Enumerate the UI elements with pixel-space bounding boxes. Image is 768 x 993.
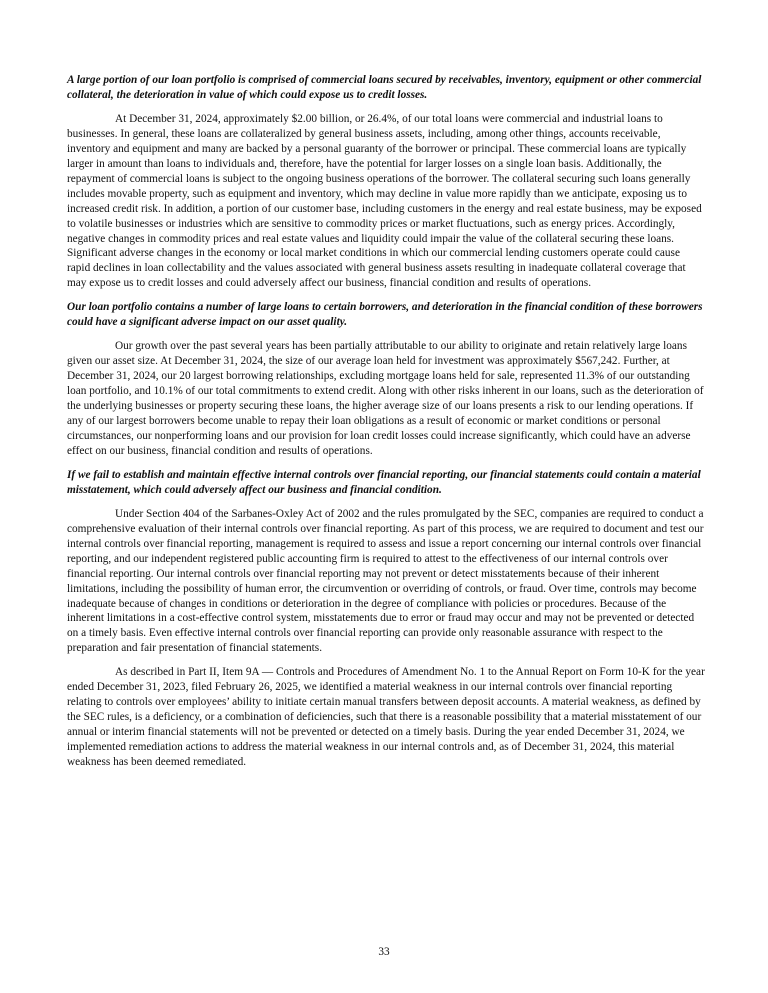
risk-factor-large-loans: Our loan portfolio contains a number of …: [67, 300, 705, 459]
section-heading: Our loan portfolio contains a number of …: [67, 300, 705, 330]
page-number: 33: [0, 946, 768, 958]
document-page: A large portion of our loan portfolio is…: [67, 73, 705, 779]
section-heading: If we fail to establish and maintain eff…: [67, 468, 705, 498]
risk-factor-commercial-loans: A large portion of our loan portfolio is…: [67, 73, 705, 291]
body-paragraph: Our growth over the past several years h…: [67, 339, 705, 459]
body-paragraph: Under Section 404 of the Sarbanes-Oxley …: [67, 507, 705, 657]
risk-factor-internal-controls: If we fail to establish and maintain eff…: [67, 468, 705, 770]
body-paragraph: As described in Part II, Item 9A — Contr…: [67, 665, 705, 770]
body-paragraph: At December 31, 2024, approximately $2.0…: [67, 112, 705, 291]
section-heading: A large portion of our loan portfolio is…: [67, 73, 705, 103]
